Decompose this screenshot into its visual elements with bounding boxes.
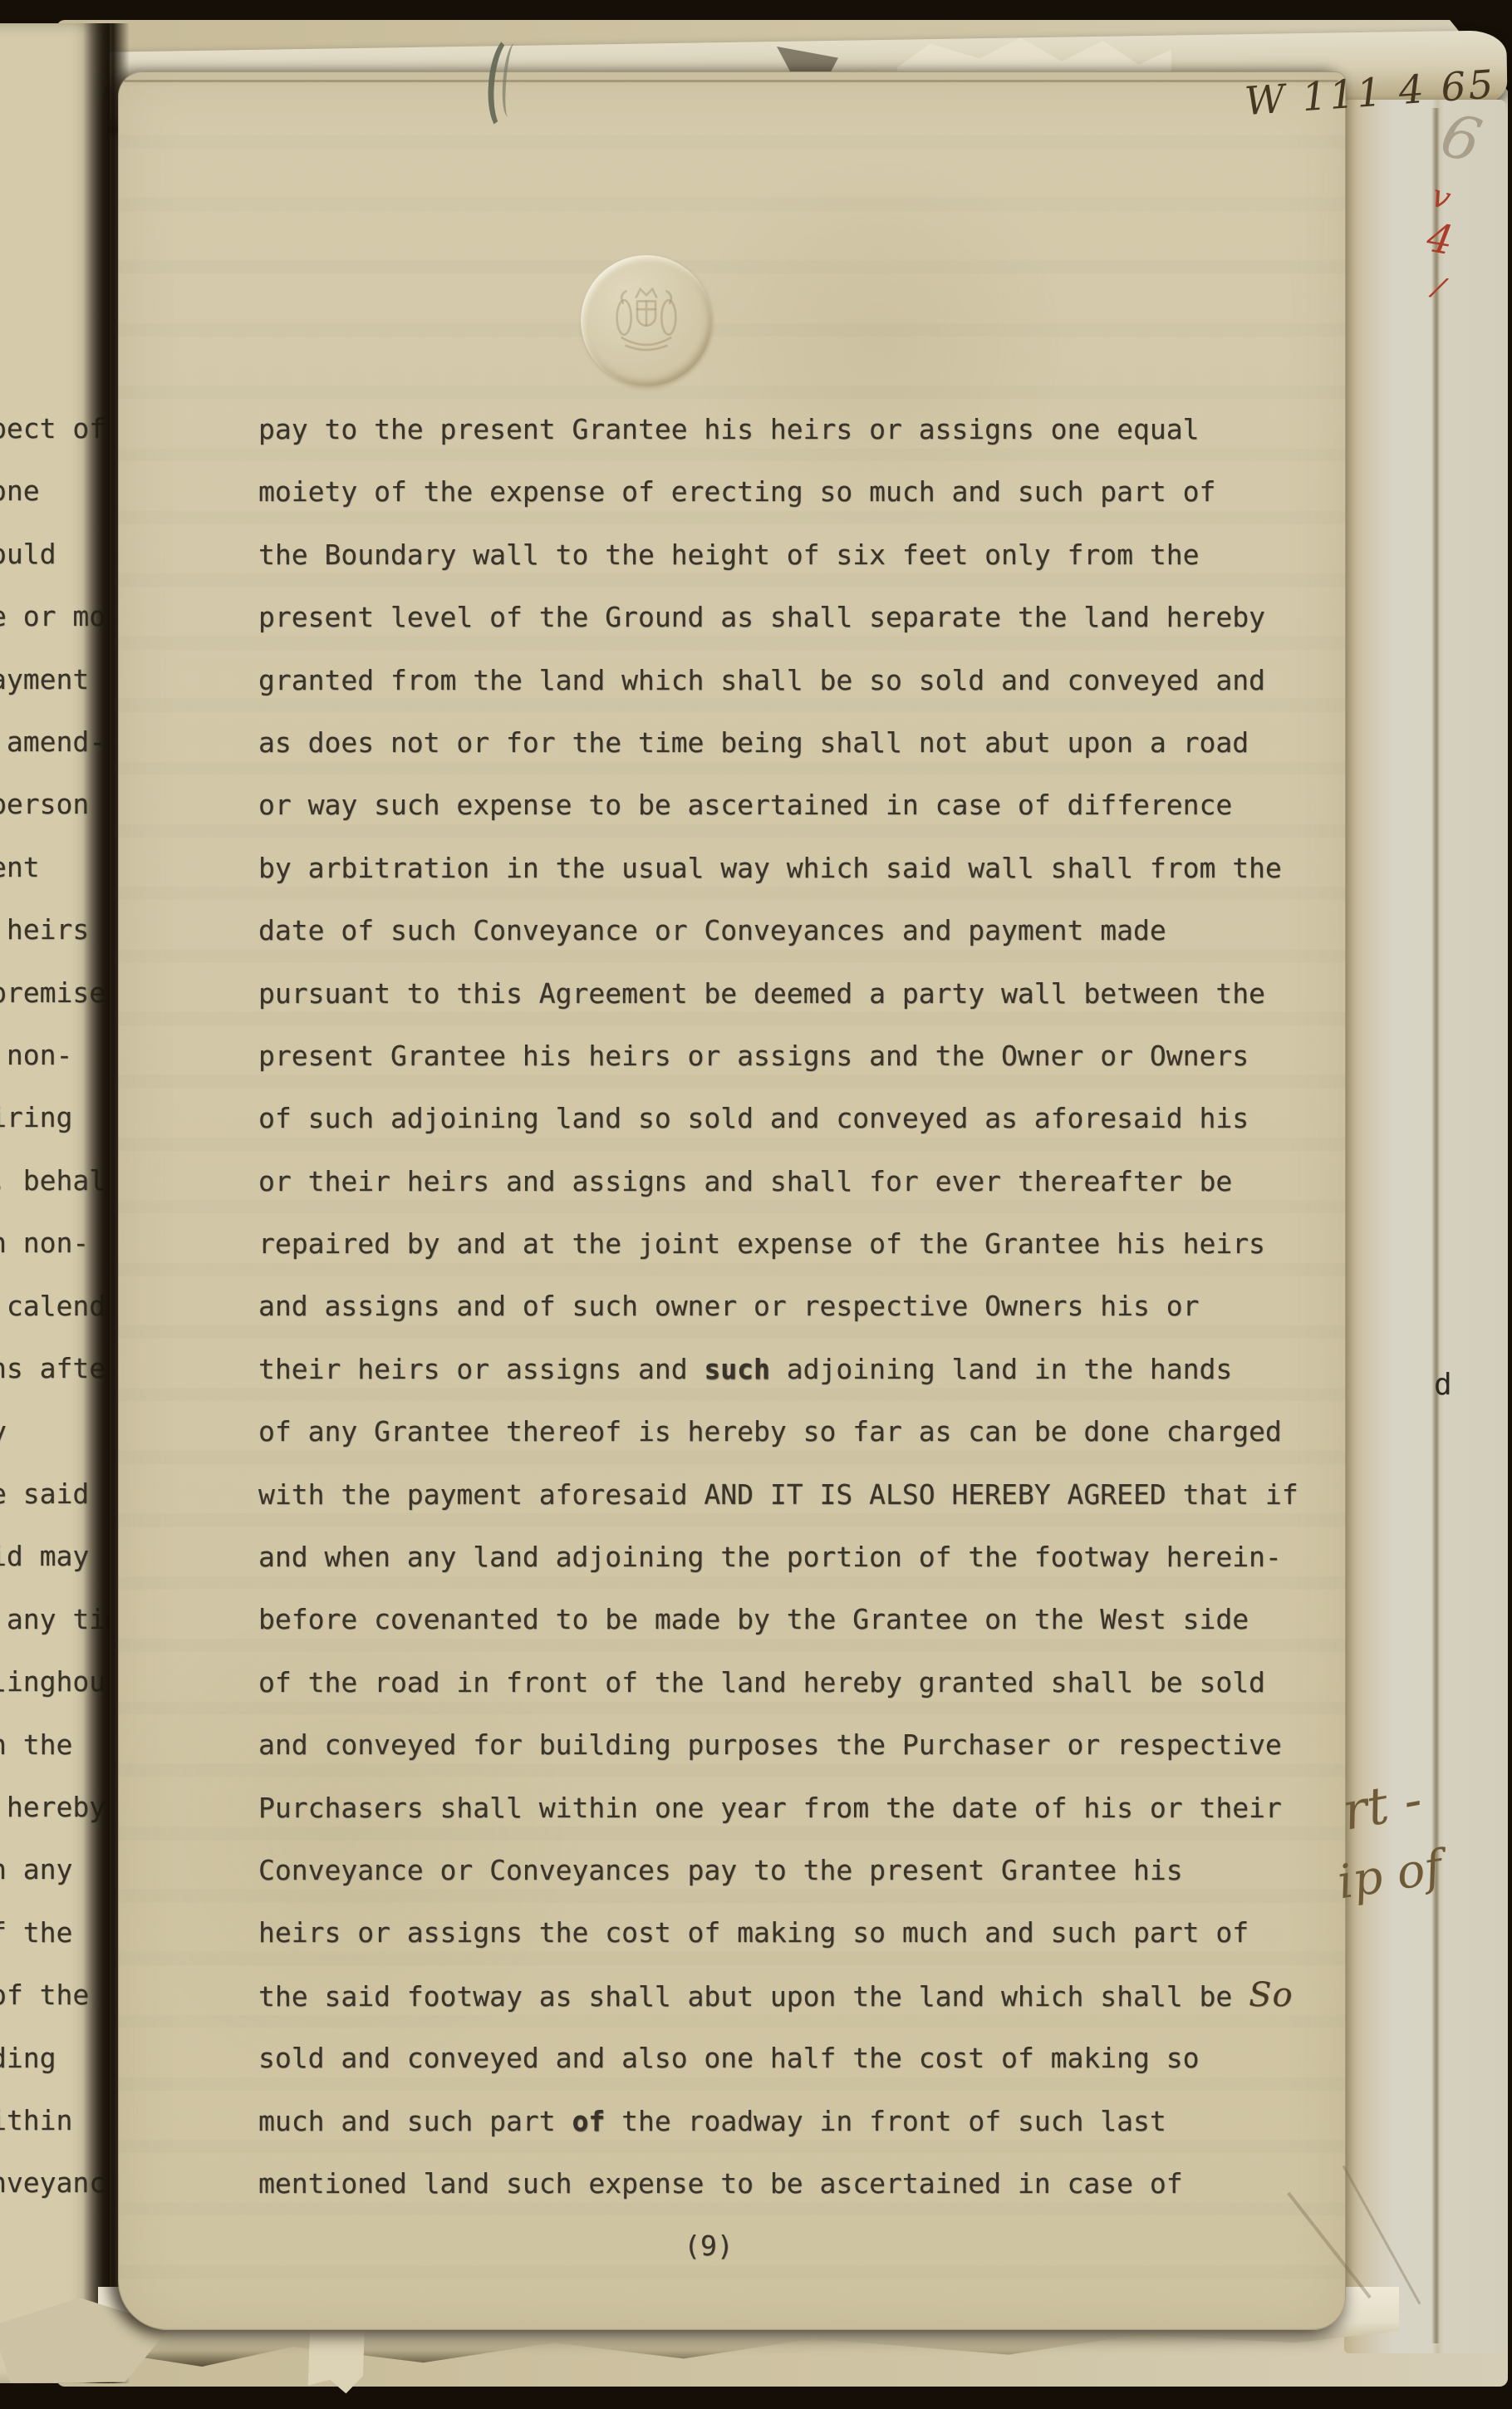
text-line: of any Grantee thereof is hereby so far … [258, 1400, 1332, 1463]
text-line: heirs or assigns the cost of making so m… [258, 1901, 1332, 1964]
stray-typed-letter: d [1434, 1368, 1452, 1402]
right-page-edges [1344, 100, 1505, 2353]
paperclip-wire-inner [500, 43, 523, 117]
text-line: and conveyed for building purposes the P… [258, 1713, 1332, 1776]
text-line: granted from the land which shall be so … [258, 649, 1332, 711]
text-line: repaired by and at the joint expense of … [258, 1212, 1332, 1275]
text-line: or their heirs and assigns and shall for… [258, 1150, 1332, 1212]
text-line: or way such expense to be ascertained in… [258, 774, 1332, 836]
text-line: pay to the present Grantee his heirs or … [258, 398, 1332, 460]
royal-crest-emboss-icon [596, 267, 697, 368]
text-line: their heirs or assigns and such adjoinin… [258, 1338, 1332, 1400]
typed-text: pay to the present Grantee his heirs or … [258, 398, 1332, 2215]
text-line: and assigns and of such owner or respect… [258, 1275, 1332, 1337]
text-line: and when any land adjoining the portion … [258, 1526, 1332, 1588]
text-line: Conveyance or Conveyances pay to the pre… [258, 1839, 1332, 1901]
text-line: moiety of the expense of erecting so muc… [258, 460, 1332, 523]
page-number: (9) [650, 2230, 767, 2262]
text-line: sold and conveyed and also one half the … [258, 2027, 1332, 2089]
text-line: much and such part of the roadway in fro… [258, 2090, 1332, 2152]
text-line: mentioned land such expense to be ascert… [258, 2152, 1332, 2215]
text-line: before covenanted to be made by the Gran… [258, 1588, 1332, 1650]
text-line: of such adjoining land so sold and conve… [258, 1087, 1332, 1149]
text-line: of the road in front of the land hereby … [258, 1651, 1332, 1713]
scanned-document-page: pect ofoneoulde or moayment amend-person… [0, 0, 1512, 2409]
page-fold-line [1431, 108, 1440, 2343]
text-line: by arbitration in the usual way which sa… [258, 837, 1332, 899]
document-page: pay to the present Grantee his heirs or … [118, 71, 1346, 2330]
text-line: as does not or for the time being shall … [258, 711, 1332, 774]
text-line: the said footway as shall abut upon the … [258, 1964, 1332, 2027]
text-line: Purchasers shall within one year from th… [258, 1777, 1332, 1839]
text-line: present Grantee his heirs or assigns and… [258, 1025, 1332, 1087]
text-line: pursuant to this Agreement be deemed a p… [258, 962, 1332, 1025]
text-line: with the payment aforesaid AND IT IS ALS… [258, 1463, 1332, 1526]
text-line: present level of the Ground as shall sep… [258, 586, 1332, 648]
text-line: date of such Conveyance or Conveyances a… [258, 899, 1332, 961]
page-top-edge [124, 80, 1338, 82]
embossed-seal [581, 255, 712, 386]
text-line: the Boundary wall to the height of six f… [258, 524, 1332, 586]
